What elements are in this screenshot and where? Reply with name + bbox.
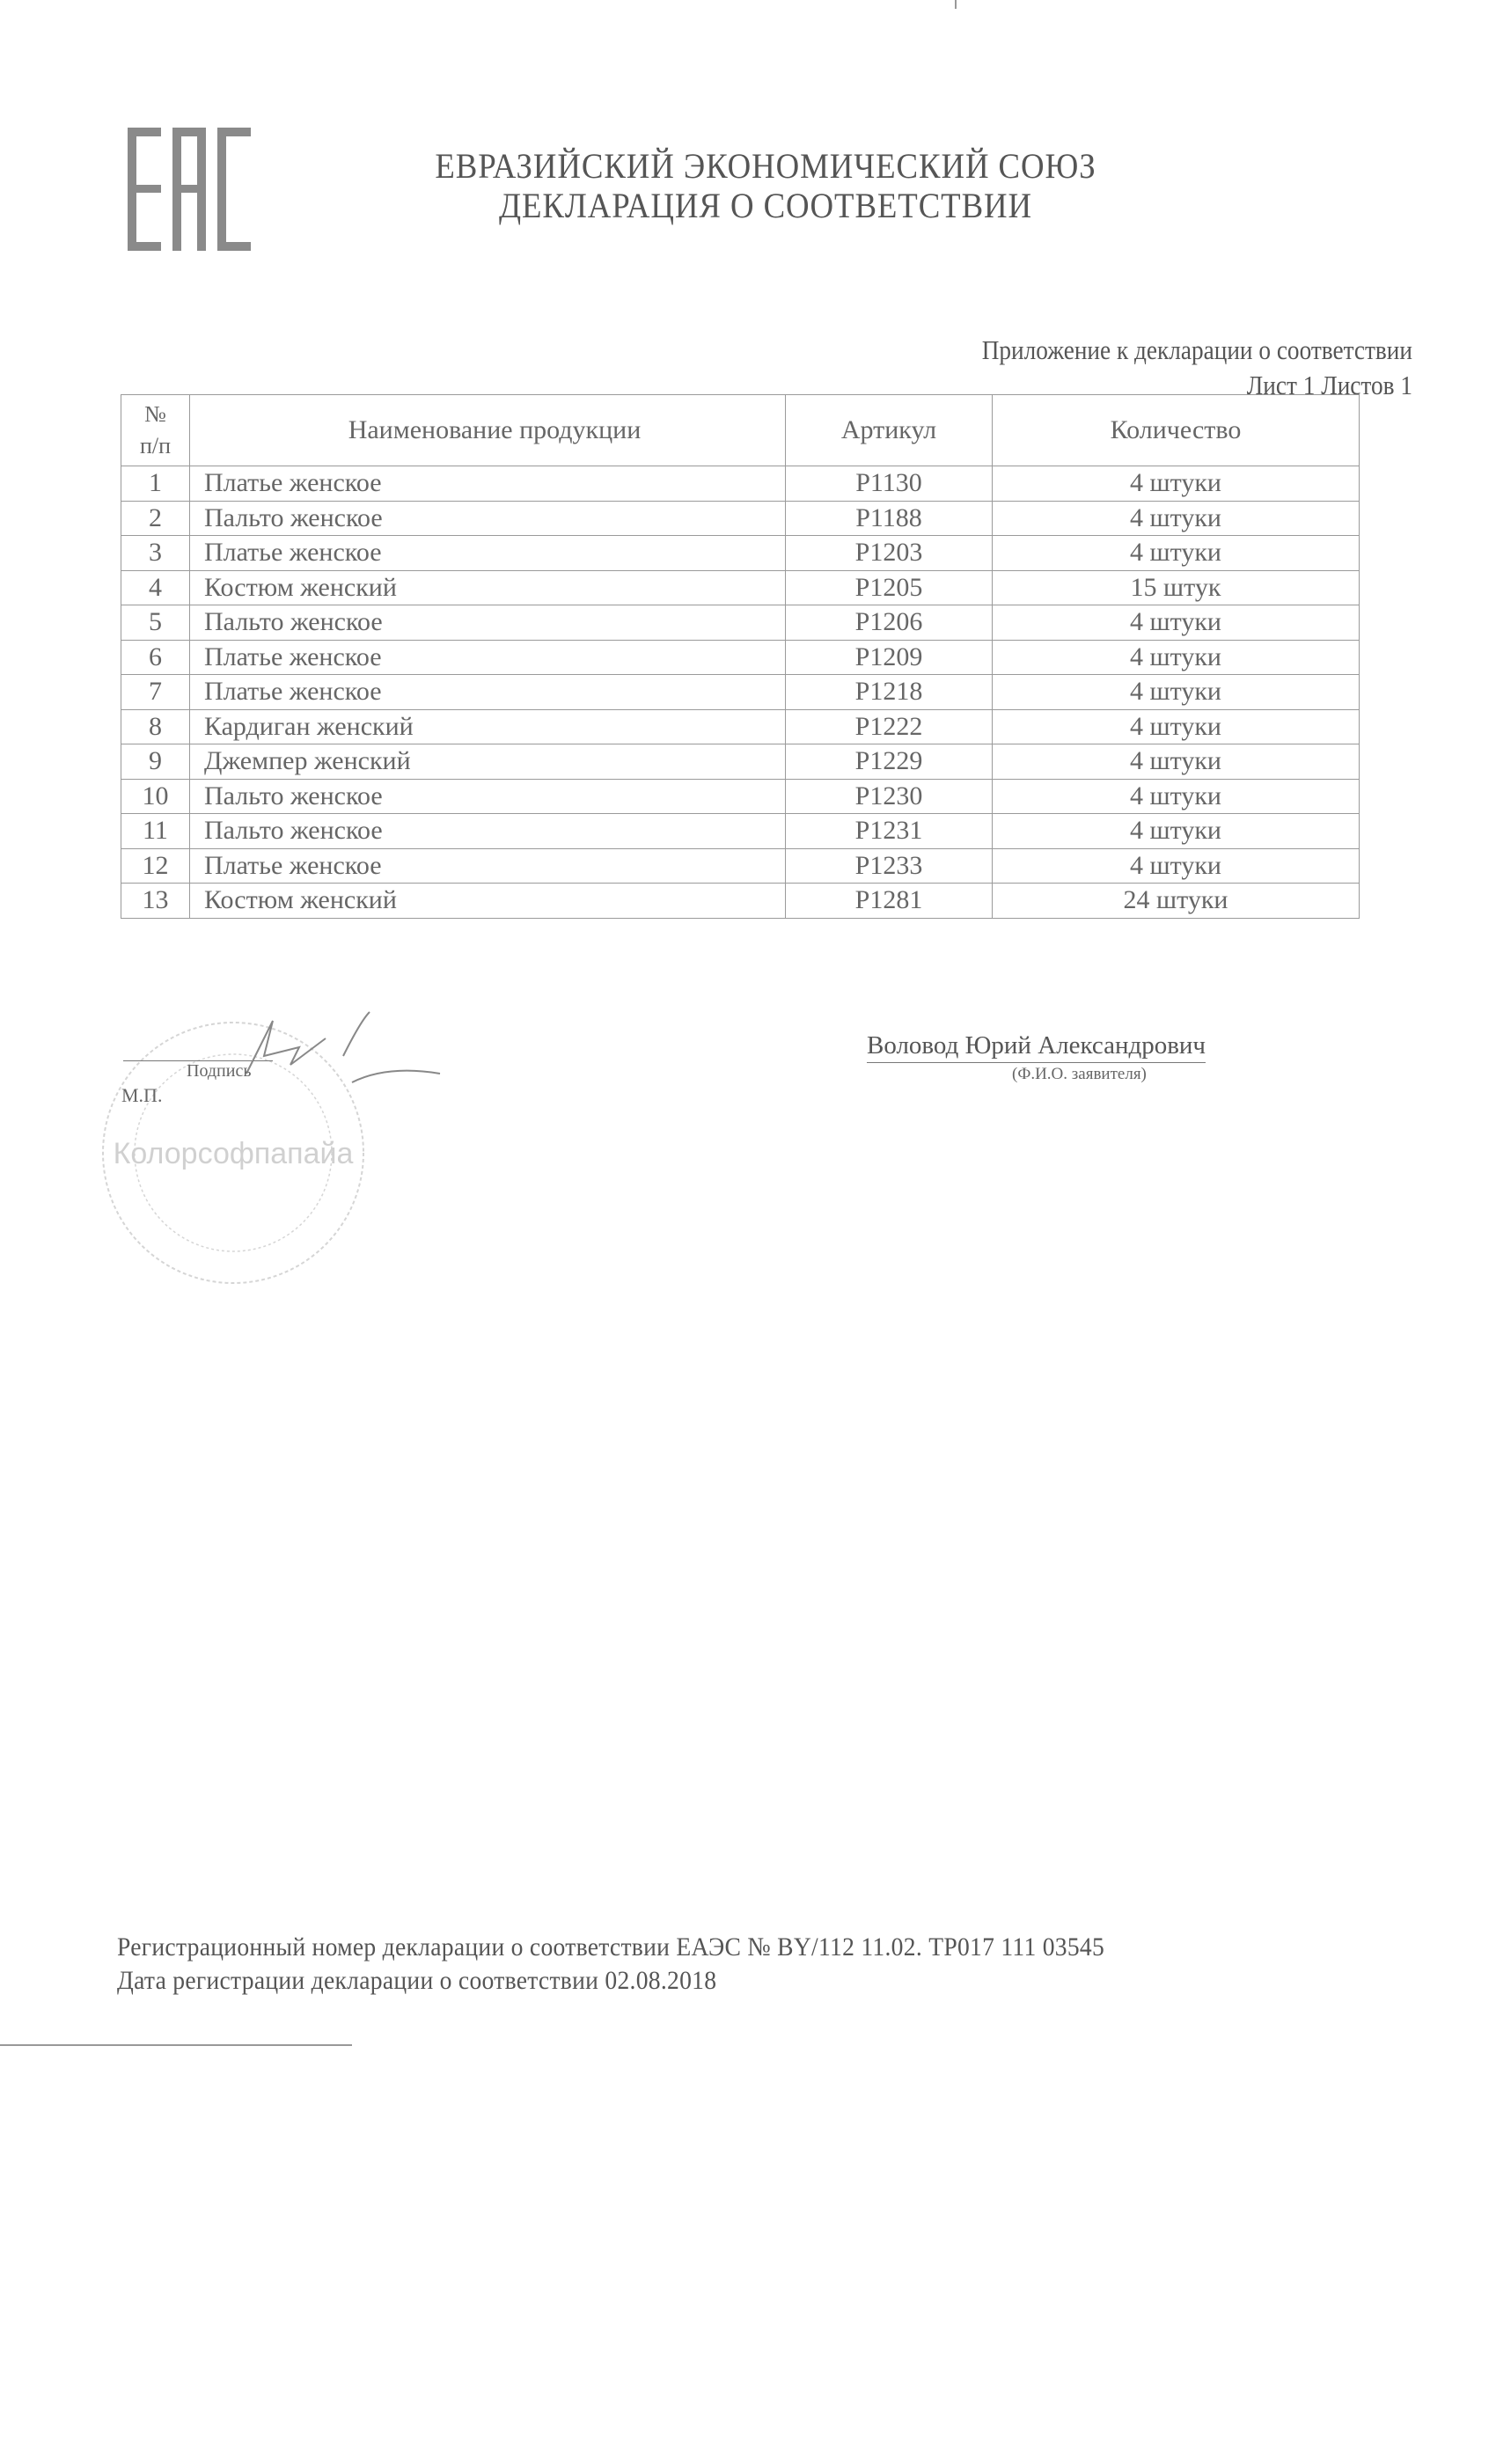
quantity: 4 штуки <box>993 536 1360 571</box>
row-number: 12 <box>121 848 190 884</box>
row-number: 2 <box>121 501 190 536</box>
table-row: 12Платье женскоеР12334 штуки <box>121 848 1360 884</box>
quantity: 4 штуки <box>993 744 1360 780</box>
table-row: 13Костюм женскийР128124 штуки <box>121 884 1360 919</box>
header-quantity: Количество <box>993 395 1360 466</box>
document-title: ЕВРАЗИЙСКИЙ ЭКОНОМИЧЕСКИЙ СОЮЗ ДЕКЛАРАЦИ… <box>377 146 1154 225</box>
row-number: 10 <box>121 779 190 814</box>
header-article: Артикул <box>786 395 993 466</box>
table-row: 7Платье женскоеР12184 штуки <box>121 675 1360 710</box>
product-name: Костюм женский <box>190 884 786 919</box>
table-row: 9Джемпер женскийР12294 штуки <box>121 744 1360 780</box>
row-number: 4 <box>121 570 190 605</box>
product-name: Пальто женское <box>190 814 786 849</box>
quantity: 24 штуки <box>993 884 1360 919</box>
article-code: Р1130 <box>786 466 993 502</box>
applicant-name: Воловод Юрий Александрович <box>867 1031 1206 1063</box>
row-number: 5 <box>121 605 190 641</box>
table-header-row: № п/п Наименование продукции Артикул Кол… <box>121 395 1360 466</box>
article-code: Р1222 <box>786 709 993 744</box>
row-number: 6 <box>121 640 190 675</box>
product-name: Пальто женское <box>190 501 786 536</box>
seal-place-label: М.П. <box>121 1084 162 1107</box>
row-number: 8 <box>121 709 190 744</box>
quantity: 4 штуки <box>993 675 1360 710</box>
quantity: 4 штуки <box>993 709 1360 744</box>
product-name: Платье женское <box>190 675 786 710</box>
registration-number: Регистрационный номер декларации о соотв… <box>117 1932 1104 1962</box>
header-number-line2: п/п <box>121 430 189 462</box>
article-code: Р1218 <box>786 675 993 710</box>
product-name: Кардиган женский <box>190 709 786 744</box>
appendix-heading: Приложение к декларации о соответствии Л… <box>982 333 1412 403</box>
product-name: Платье женское <box>190 536 786 571</box>
appendix-title: Приложение к декларации о соответствии <box>982 333 1412 368</box>
applicant-caption: (Ф.И.О. заявителя) <box>1012 1065 1147 1084</box>
quantity: 4 штуки <box>993 640 1360 675</box>
row-number: 3 <box>121 536 190 571</box>
svg-text:Колорсофпапайа: Колорсофпапайа <box>114 1137 354 1170</box>
header-product-name: Наименование продукции <box>190 395 786 466</box>
article-code: Р1206 <box>786 605 993 641</box>
row-number: 11 <box>121 814 190 849</box>
table-row: 1Платье женскоеР11304 штуки <box>121 466 1360 502</box>
quantity: 4 штуки <box>993 814 1360 849</box>
article-code: Р1231 <box>786 814 993 849</box>
article-code: Р1229 <box>786 744 993 780</box>
article-code: Р1281 <box>786 884 993 919</box>
quantity: 4 штуки <box>993 605 1360 641</box>
scan-mark <box>955 0 957 9</box>
article-code: Р1205 <box>786 570 993 605</box>
signature-label: Подпись <box>187 1061 251 1082</box>
quantity: 15 штук <box>993 570 1360 605</box>
row-number: 9 <box>121 744 190 780</box>
article-code: Р1230 <box>786 779 993 814</box>
header-number-line1: № <box>121 399 189 430</box>
product-name: Джемпер женский <box>190 744 786 780</box>
row-number: 13 <box>121 884 190 919</box>
table-row: 5Пальто женскоеР12064 штуки <box>121 605 1360 641</box>
product-name: Пальто женское <box>190 779 786 814</box>
eac-logo <box>128 128 251 251</box>
quantity: 4 штуки <box>993 779 1360 814</box>
article-code: Р1209 <box>786 640 993 675</box>
table-row: 10Пальто женскоеР12304 штуки <box>121 779 1360 814</box>
product-name: Платье женское <box>190 466 786 502</box>
products-table: № п/п Наименование продукции Артикул Кол… <box>121 394 1360 919</box>
handwritten-signature-icon <box>211 1003 475 1100</box>
title-union: ЕВРАЗИЙСКИЙ ЭКОНОМИЧЕСКИЙ СОЮЗ <box>377 146 1154 186</box>
table-row: 2Пальто женскоеР11884 штуки <box>121 501 1360 536</box>
table-row: 4Костюм женскийР120515 штук <box>121 570 1360 605</box>
table-row: 3Платье женскоеР12034 штуки <box>121 536 1360 571</box>
table-row: 6Платье женскоеР12094 штуки <box>121 640 1360 675</box>
title-declaration: ДЕКЛАРАЦИЯ О СООТВЕТСТВИИ <box>377 186 1154 225</box>
header-number: № п/п <box>121 395 190 466</box>
quantity: 4 штуки <box>993 466 1360 502</box>
article-code: Р1203 <box>786 536 993 571</box>
eac-mark-icon <box>128 128 251 251</box>
registration-date: Дата регистрации декларации о соответств… <box>117 1966 716 1996</box>
row-number: 1 <box>121 466 190 502</box>
table-row: 8Кардиган женскийР12224 штуки <box>121 709 1360 744</box>
row-number: 7 <box>121 675 190 710</box>
table-row: 11Пальто женскоеР12314 штуки <box>121 814 1360 849</box>
product-name: Платье женское <box>190 640 786 675</box>
quantity: 4 штуки <box>993 501 1360 536</box>
product-name: Пальто женское <box>190 605 786 641</box>
product-name: Костюм женский <box>190 570 786 605</box>
article-code: Р1188 <box>786 501 993 536</box>
article-code: Р1233 <box>786 848 993 884</box>
quantity: 4 штуки <box>993 848 1360 884</box>
bottom-divider <box>0 2044 352 2046</box>
product-name: Платье женское <box>190 848 786 884</box>
